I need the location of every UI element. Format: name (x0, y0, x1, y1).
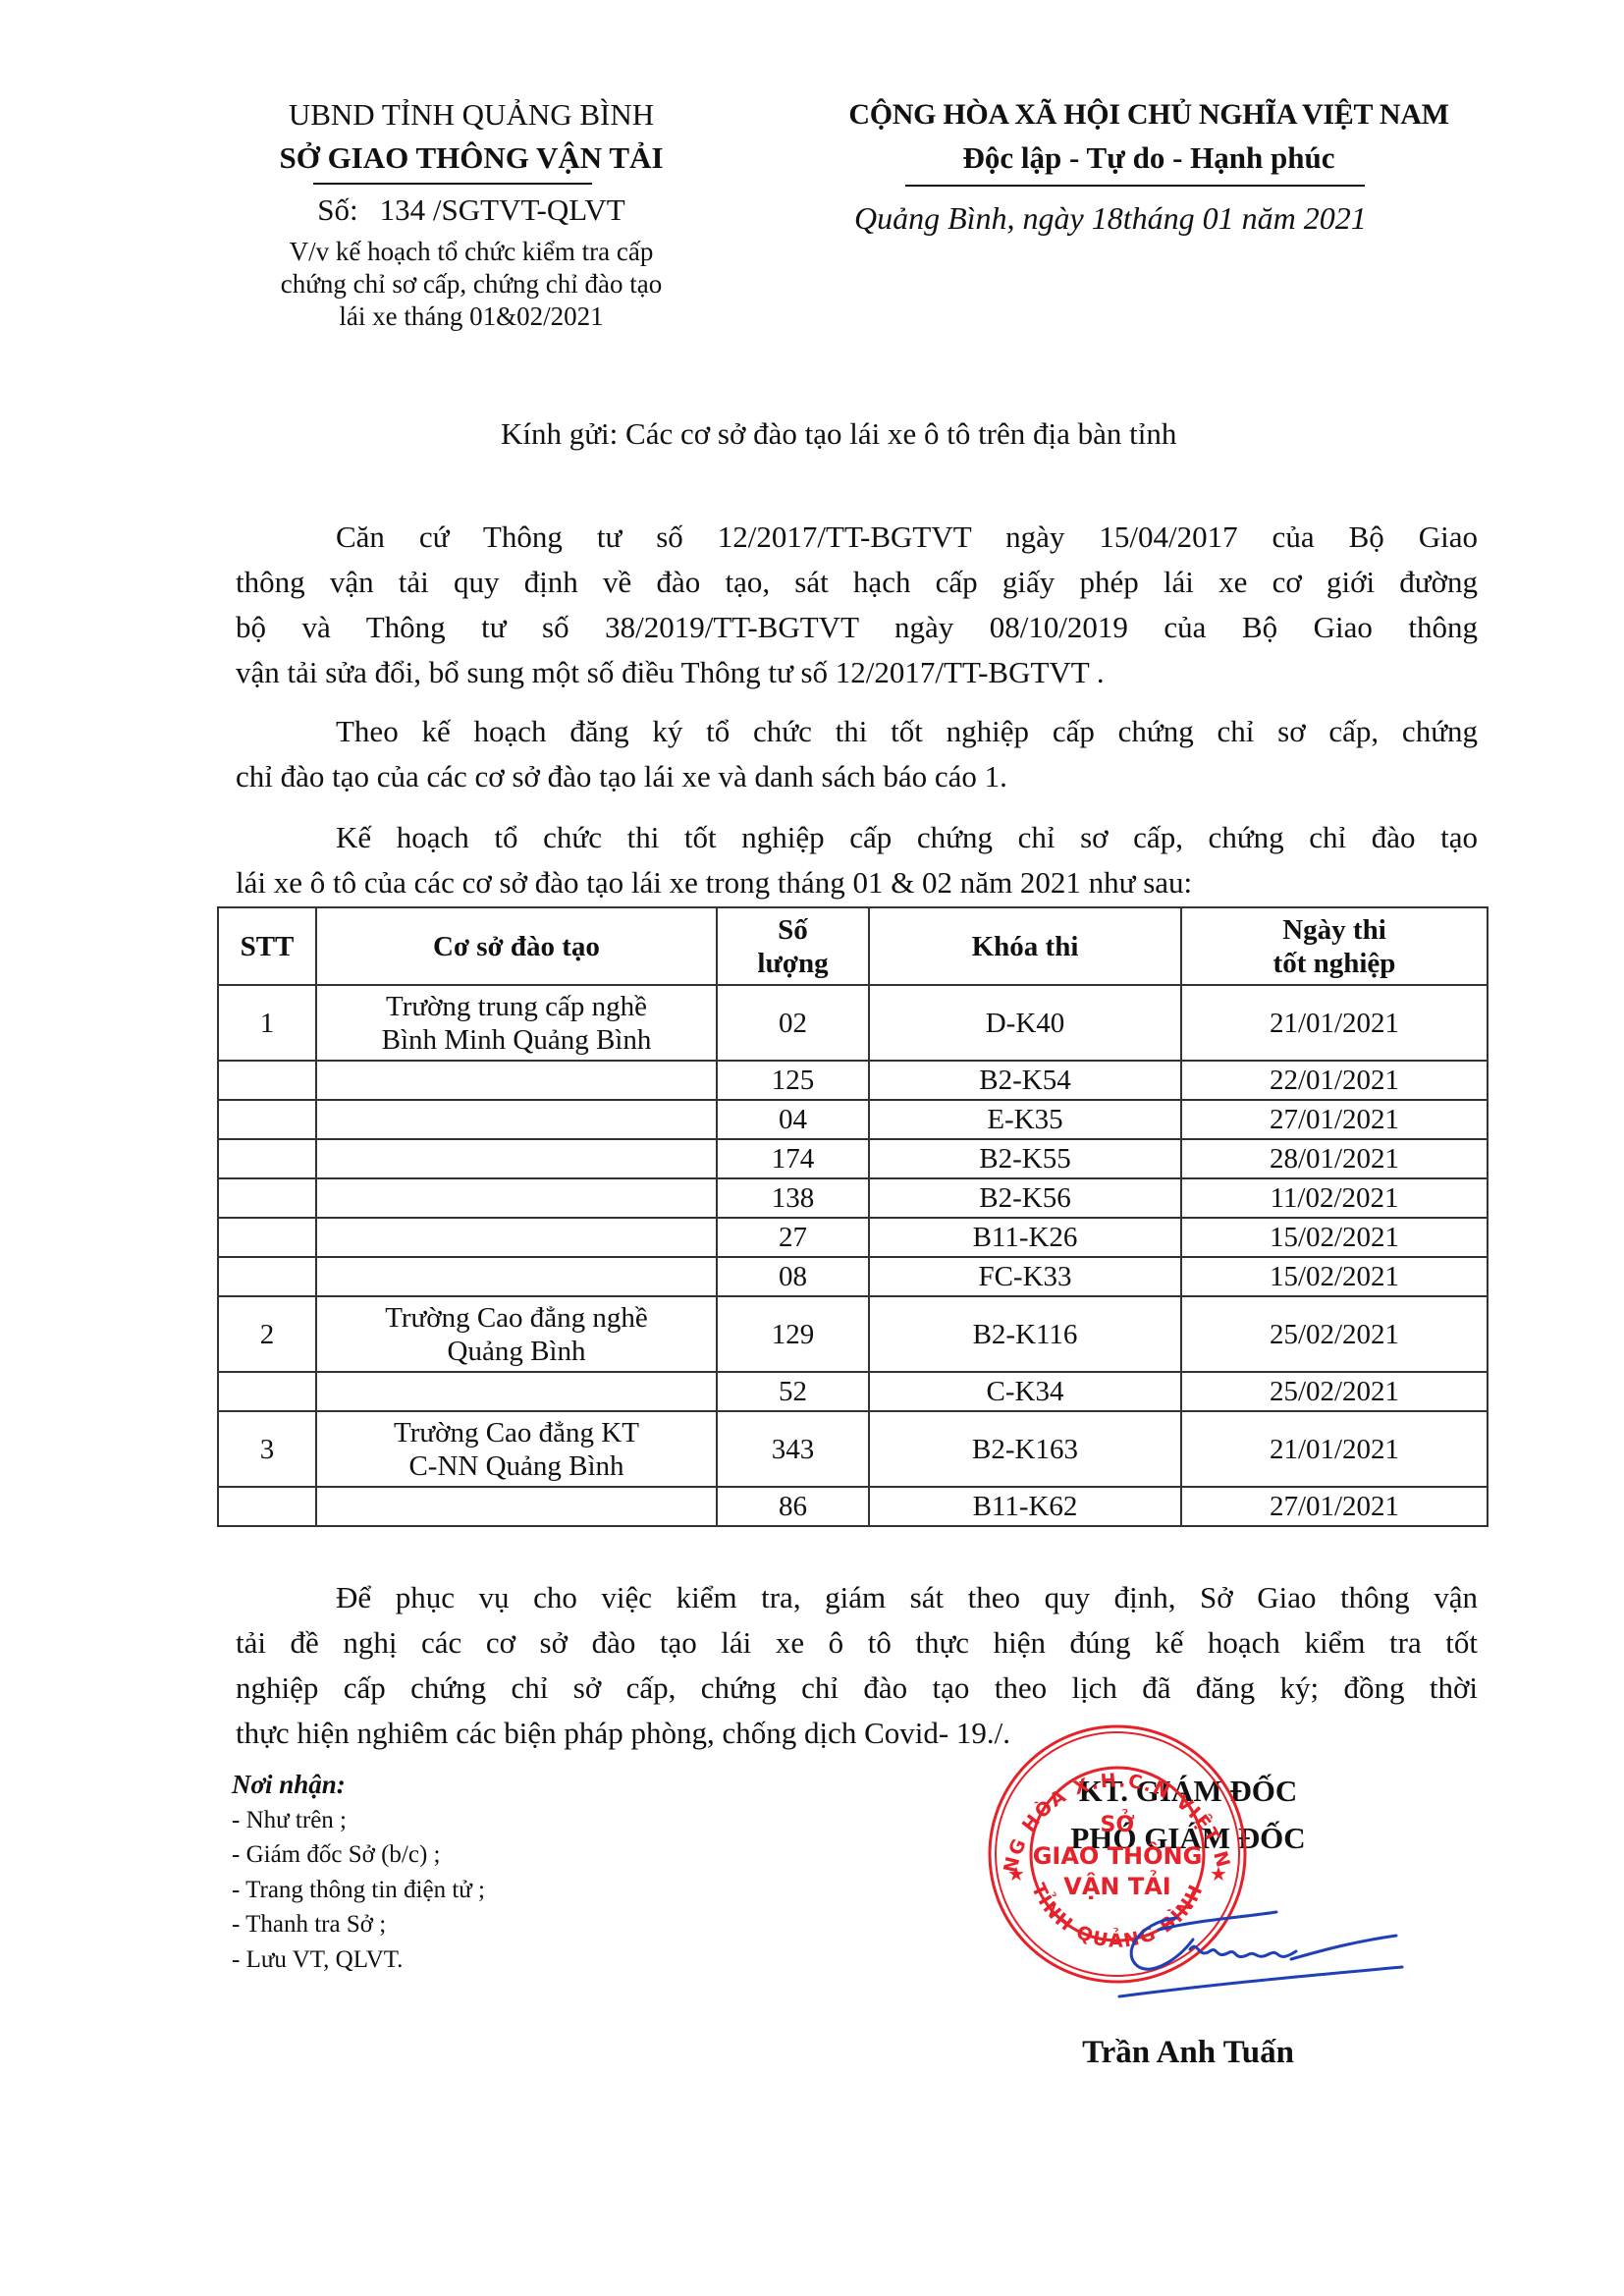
cell-count: 27 (717, 1218, 869, 1257)
cell-stt: 3 (218, 1411, 316, 1487)
document-number-value: 134 /SGTVT-QLVT (380, 192, 625, 227)
cell-count: 08 (717, 1257, 869, 1296)
cell-stt (218, 1372, 316, 1411)
authority-name: UBND TỈNH QUẢNG BÌNH (216, 93, 727, 137)
cell-stt: 1 (218, 985, 316, 1061)
legal-basis-paragraph: Căn cứ Thông tư số 12/2017/TT-BGTVT ngày… (236, 515, 1478, 695)
table-row: 125B2-K5422/01/2021 (218, 1061, 1488, 1100)
cell-course: E-K35 (869, 1100, 1181, 1139)
cell-school (316, 1487, 717, 1526)
cell-school (316, 1372, 717, 1411)
cell-stt (218, 1178, 316, 1218)
distribution-item: - Thanh tra Sở ; (232, 1907, 485, 1942)
cell-exam-date: 15/02/2021 (1181, 1257, 1488, 1296)
cell-school (316, 1139, 717, 1178)
paragraph-line: Để phục vụ cho việc kiểm tra, giám sát t… (236, 1575, 1478, 1620)
cell-course: B2-K163 (869, 1411, 1181, 1487)
distribution-list: Nơi nhận: - Như trên ; - Giám đốc Sở (b/… (232, 1768, 485, 1977)
paragraph-line: tải đề nghị các cơ sở đào tạo lái xe ô t… (236, 1620, 1478, 1666)
table-header-row: STT Cơ sở đào tạo Số lượng Khóa thi Ngày… (218, 907, 1488, 985)
cell-exam-date: 15/02/2021 (1181, 1218, 1488, 1257)
table-row: 138B2-K5611/02/2021 (218, 1178, 1488, 1218)
distribution-title: Nơi nhận: (232, 1768, 485, 1803)
cell-stt (218, 1061, 316, 1100)
cell-count: 52 (717, 1372, 869, 1411)
plan-intro-paragraph: Kế hoạch tổ chức thi tốt nghiệp cấp chứn… (236, 815, 1478, 905)
cell-course: B2-K55 (869, 1139, 1181, 1178)
paragraph-line: Theo kế hoạch đăng ký tổ chức thi tốt ng… (236, 709, 1478, 754)
header-exam-date: Ngày thi tốt nghiệp (1181, 907, 1488, 985)
table-row: 27B11-K2615/02/2021 (218, 1218, 1488, 1257)
cell-exam-date: 22/01/2021 (1181, 1061, 1488, 1100)
table-row: 3Trường Cao đẳng KTC-NN Quảng Bình343B2-… (218, 1411, 1488, 1487)
cell-stt: 2 (218, 1296, 316, 1372)
signature-title-line1: KT. GIÁM ĐỐC (982, 1768, 1394, 1815)
cell-exam-date: 25/02/2021 (1181, 1372, 1488, 1411)
cell-stt (218, 1139, 316, 1178)
header-school: Cơ sở đào tạo (316, 907, 717, 985)
exam-schedule-table: STT Cơ sở đào tạo Số lượng Khóa thi Ngày… (217, 906, 1489, 1527)
cell-count: 174 (717, 1139, 869, 1178)
signer-name: Trần Anh Tuấn (982, 2031, 1394, 2074)
svg-text:TỈNH QUẢNG BÌNH: TỈNH QUẢNG BÌNH (1027, 1880, 1208, 1951)
cell-count: 04 (717, 1100, 869, 1139)
cell-school: Trường Cao đẳng nghềQuảng Bình (316, 1296, 717, 1372)
table-row: 52C-K3425/02/2021 (218, 1372, 1488, 1411)
cell-school: Trường Cao đẳng KTC-NN Quảng Bình (316, 1411, 717, 1487)
paragraph-line: lái xe ô tô của các cơ sở đào tạo lái xe… (236, 860, 1478, 905)
paragraph-line: thông vận tải quy định về đào tạo, sát h… (236, 560, 1478, 605)
cell-course: B2-K54 (869, 1061, 1181, 1100)
signature-title: KT. GIÁM ĐỐC PHÓ GIÁM ĐỐC (982, 1768, 1394, 1862)
table-row: 174B2-K5528/01/2021 (218, 1139, 1488, 1178)
cell-course: B2-K56 (869, 1178, 1181, 1218)
table-row: 08FC-K3315/02/2021 (218, 1257, 1488, 1296)
cell-count: 343 (717, 1411, 869, 1487)
cell-school (316, 1061, 717, 1100)
table-row: 1Trường trung cấp nghềBình Minh Quảng Bì… (218, 985, 1488, 1061)
paragraph-line: bộ và Thông tư số 38/2019/TT-BGTVT ngày … (236, 605, 1478, 650)
cell-school (316, 1178, 717, 1218)
cell-exam-date: 27/01/2021 (1181, 1100, 1488, 1139)
registration-paragraph: Theo kế hoạch đăng ký tổ chức thi tốt ng… (236, 709, 1478, 799)
document-number-label: Số: (317, 192, 357, 227)
cell-stt (218, 1218, 316, 1257)
distribution-item: - Trang thông tin điện tử ; (232, 1873, 485, 1908)
cell-exam-date: 21/01/2021 (1181, 1411, 1488, 1487)
motto-underline (905, 185, 1365, 187)
cell-stt (218, 1100, 316, 1139)
handwritten-signature-icon (1100, 1900, 1404, 1998)
table-row: 2Trường Cao đẳng nghềQuảng Bình129B2-K11… (218, 1296, 1488, 1372)
svg-text:★: ★ (1007, 1862, 1025, 1886)
paragraph-line: Kế hoạch tổ chức thi tốt nghiệp cấp chứn… (236, 815, 1478, 860)
table-row: 86B11-K6227/01/2021 (218, 1487, 1488, 1526)
subject-line: lái xe tháng 01&02/2021 (216, 301, 727, 333)
cell-course: B2-K116 (869, 1296, 1181, 1372)
subject-line: chứng chỉ sơ cấp, chứng chỉ đào tạo (216, 268, 727, 301)
cell-exam-date: 25/02/2021 (1181, 1296, 1488, 1372)
cell-course: C-K34 (869, 1372, 1181, 1411)
paragraph-line: vận tải sửa đổi, bổ sung một số điều Thô… (236, 650, 1478, 695)
cell-exam-date: 27/01/2021 (1181, 1487, 1488, 1526)
document-number: Số:134 /SGTVT-QLVT (216, 191, 727, 230)
cell-count: 125 (717, 1061, 869, 1100)
signature-title-line2: PHÓ GIÁM ĐỐC (982, 1815, 1394, 1862)
national-title: CỘNG HÒA XÃ HỘI CHỦ NGHĨA VIỆT NAM (727, 93, 1571, 137)
cell-count: 138 (717, 1178, 869, 1218)
cell-count: 86 (717, 1487, 869, 1526)
department-name: SỞ GIAO THÔNG VẬN TẢI (216, 137, 727, 180)
cell-course: D-K40 (869, 985, 1181, 1061)
cell-school (316, 1100, 717, 1139)
header-course: Khóa thi (869, 907, 1181, 985)
cell-count: 02 (717, 985, 869, 1061)
cell-course: B11-K62 (869, 1487, 1181, 1526)
svg-text:★: ★ (1210, 1862, 1227, 1886)
paragraph-line: chỉ đào tạo của các cơ sở đào tạo lái xe… (236, 754, 1478, 799)
distribution-item: - Lưu VT, QLVT. (232, 1942, 485, 1978)
cell-exam-date: 21/01/2021 (1181, 985, 1488, 1061)
cell-exam-date: 11/02/2021 (1181, 1178, 1488, 1218)
issuing-authority-block: UBND TỈNH QUẢNG BÌNH SỞ GIAO THÔNG VẬN T… (216, 93, 727, 333)
paragraph-line: nghiệp cấp chứng chỉ sở cấp, chứng chỉ đ… (236, 1666, 1478, 1711)
cell-exam-date: 28/01/2021 (1181, 1139, 1488, 1178)
table-row: 04E-K3527/01/2021 (218, 1100, 1488, 1139)
request-paragraph: Để phục vụ cho việc kiểm tra, giám sát t… (236, 1575, 1478, 1756)
cell-course: FC-K33 (869, 1257, 1181, 1296)
national-motto: Độc lập - Tự do - Hạnh phúc (727, 137, 1571, 180)
cell-count: 129 (717, 1296, 869, 1372)
cell-school (316, 1257, 717, 1296)
header-stt: STT (218, 907, 316, 985)
place-and-date: Quảng Bình, ngày 18tháng 01 năm 2021 (854, 196, 1367, 240)
distribution-item: - Giám đốc Sở (b/c) ; (232, 1837, 485, 1873)
distribution-item: - Như trên ; (232, 1803, 485, 1838)
cell-school (316, 1218, 717, 1257)
subject-line: V/v kế hoạch tổ chức kiểm tra cấp (216, 236, 727, 268)
cell-course: B11-K26 (869, 1218, 1181, 1257)
addressee: Kính gửi: Các cơ sở đào tạo lái xe ô tô … (501, 412, 1176, 456)
paragraph-line: Căn cứ Thông tư số 12/2017/TT-BGTVT ngày… (236, 515, 1478, 560)
svg-text:VẬN TẢI: VẬN TẢI (1063, 1868, 1170, 1900)
paragraph-line: thực hiện nghiêm các biện pháp phòng, ch… (236, 1711, 1478, 1756)
cell-stt (218, 1487, 316, 1526)
cell-school: Trường trung cấp nghềBình Minh Quảng Bìn… (316, 985, 717, 1061)
document-subject: V/v kế hoạch tổ chức kiểm tra cấp chứng … (216, 236, 727, 333)
cell-stt (218, 1257, 316, 1296)
department-underline (313, 183, 592, 185)
header-count: Số lượng (717, 907, 869, 985)
national-heading-block: CỘNG HÒA XÃ HỘI CHỦ NGHĨA VIỆT NAM Độc l… (727, 93, 1571, 180)
